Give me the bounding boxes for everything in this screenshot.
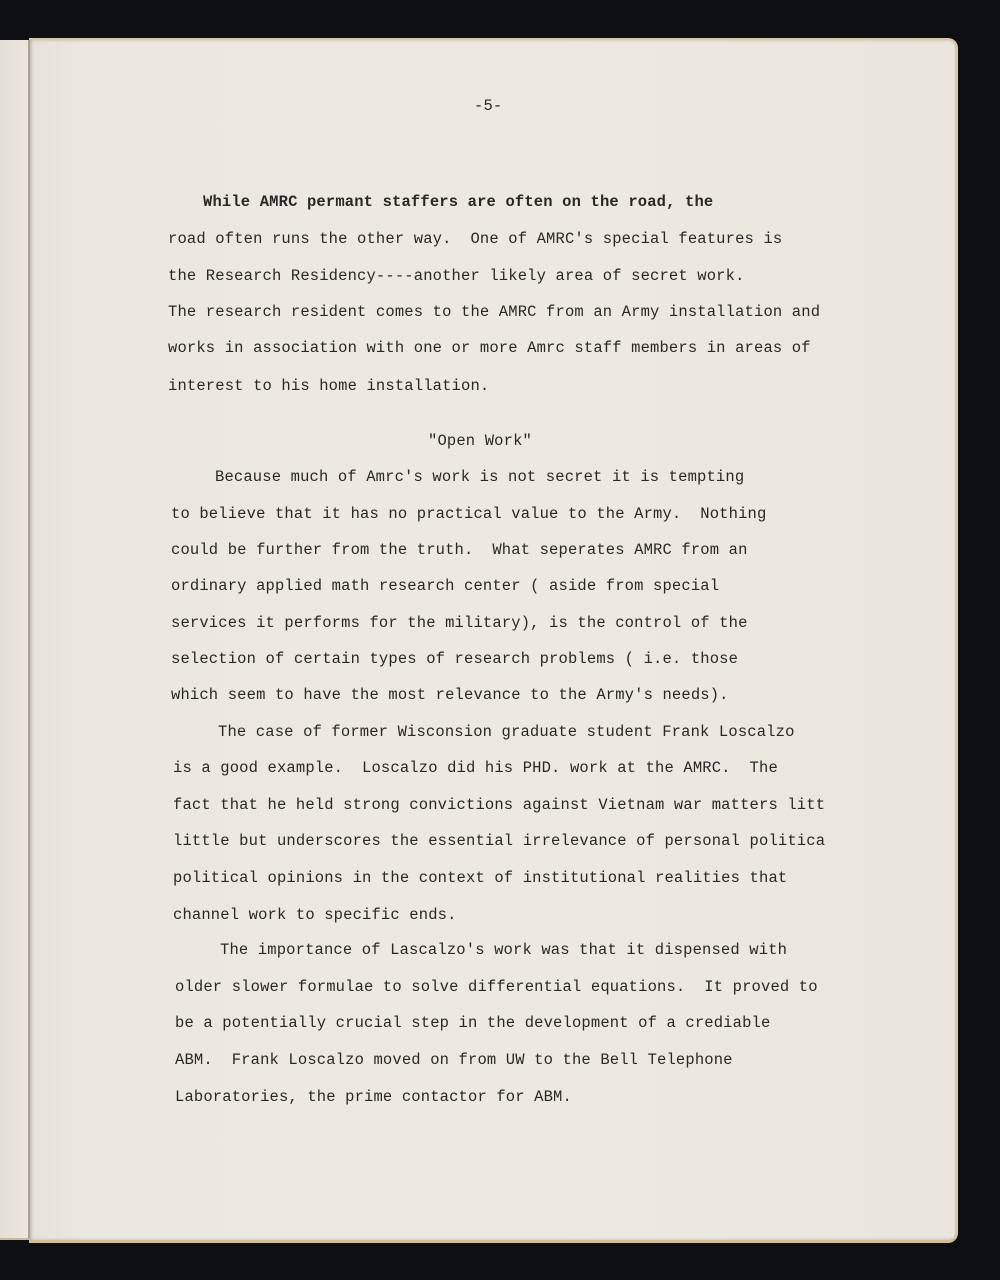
text-line: be a potentially crucial step in the dev… [175,1014,770,1032]
text-line: older slower formulae to solve different… [175,978,818,996]
text-line: works in association with one or more Am… [168,339,811,357]
text-line: ordinary applied math research center ( … [171,577,719,595]
binding-gutter [28,40,30,1238]
text-line: interest to his home installation. [168,377,489,395]
text-line: fact that he held strong convictions aga… [173,796,825,814]
text-line: political opinions in the context of ins… [173,869,787,887]
text-line: which seem to have the most relevance to… [171,686,729,704]
text-line: The case of former Wisconsion graduate s… [218,723,795,741]
text-line: to believe that it has no practical valu… [171,505,766,523]
page-number: -5- [474,97,502,115]
section-heading: "Open Work" [428,432,532,450]
text-line: little but underscores the essential irr… [173,832,825,850]
text-line: While AMRC permant staffers are often on… [203,193,713,211]
text-line: channel work to specific ends. [173,906,457,924]
text-line: Because much of Amrc's work is not secre… [215,468,744,486]
text-line: Laboratories, the prime contactor for AB… [175,1088,572,1106]
text-line: is a good example. Loscalzo did his PHD.… [173,759,778,777]
text-line: The research resident comes to the AMRC … [168,303,820,321]
text-line: ABM. Frank Loscalzo moved on from UW to … [175,1051,733,1069]
text-line: The importance of Lascalzo's work was th… [220,941,787,959]
text-line: road often runs the other way. One of AM… [168,230,782,248]
previous-page-edge [0,40,30,1240]
text-line: services it performs for the military), … [171,614,748,632]
text-line: could be further from the truth. What se… [171,541,748,559]
text-line: selection of certain types of research p… [171,650,738,668]
text-line: the Research Residency----another likely… [168,267,745,285]
